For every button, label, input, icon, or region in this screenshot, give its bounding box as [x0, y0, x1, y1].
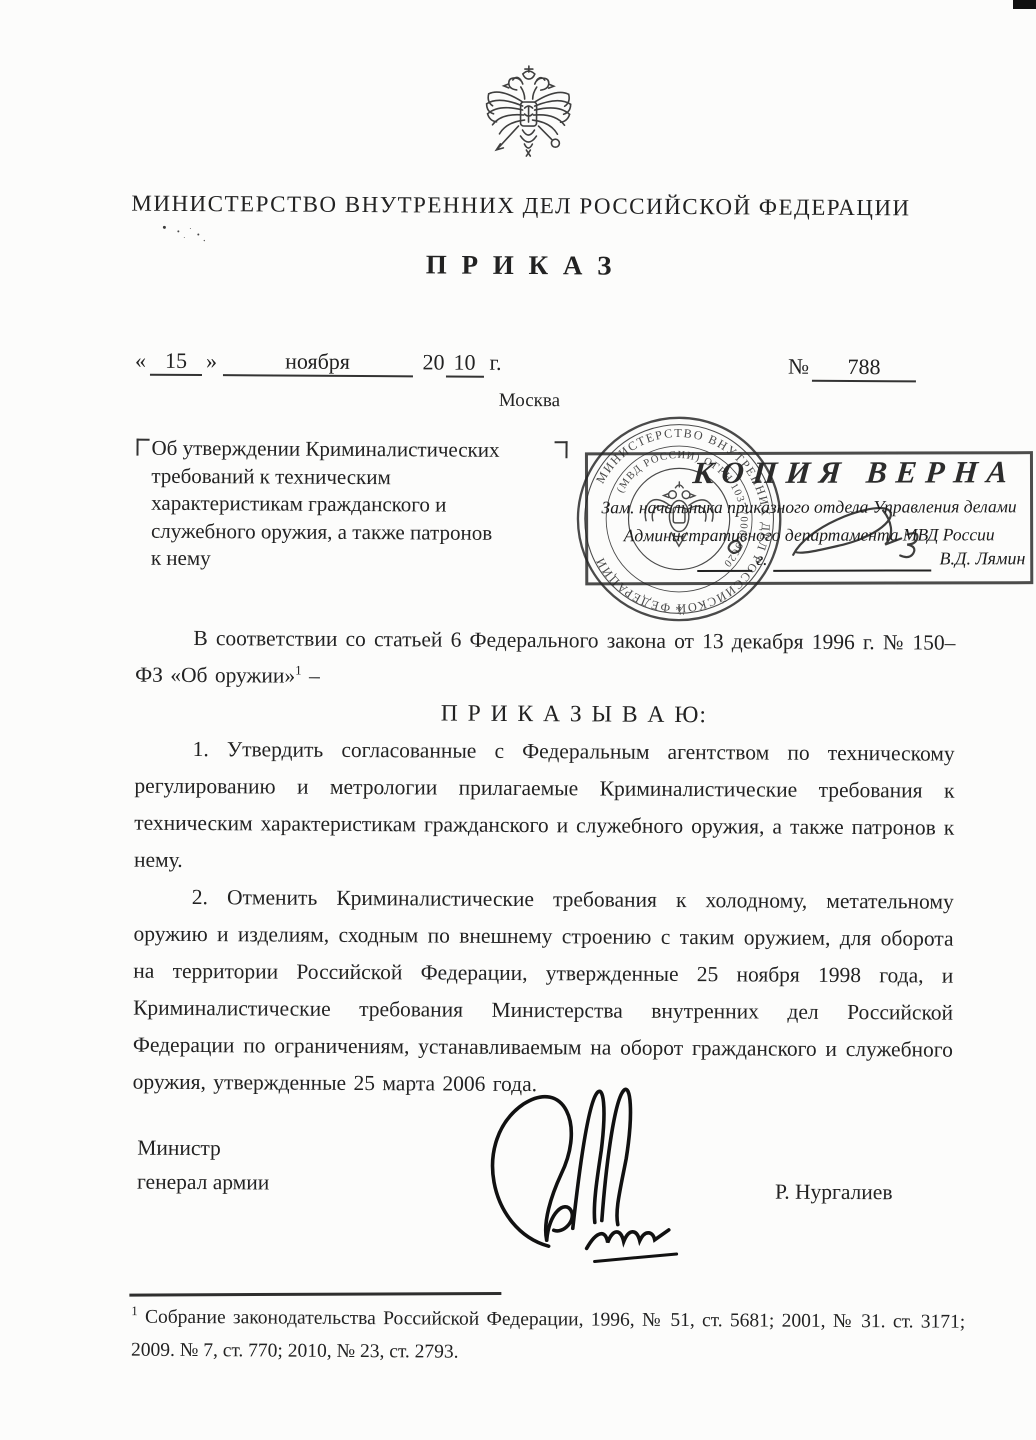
order-item-1: 1. Утвердить согласованные с Федеральным… [134, 731, 955, 884]
ink-speckle-mark [163, 226, 166, 229]
subject-line: служебного оружия, а также патронов [151, 517, 553, 547]
year-prefix: 20 [422, 349, 444, 374]
footnote-marker: 1 [131, 1303, 138, 1318]
signer-position: Министр [137, 1136, 221, 1162]
order-number: №788 [788, 354, 916, 383]
date-line: «15» ноября2010г. [135, 348, 502, 378]
subject-line: к нему [151, 545, 553, 575]
subject-line: Об утверждении Криминалистических [151, 435, 553, 465]
seal-outer-text-container: МИНИСТЕРСТВО ВНУТРЕННИХ ДЕЛ РОССИЙСКОЙ Ф… [571, 411, 786, 626]
intro-paragraph: В соответствии со статьей 6 Федерального… [135, 620, 955, 699]
quote-close: » [206, 348, 217, 373]
number-value: 788 [812, 354, 916, 383]
number-sign: № [788, 354, 809, 379]
footnote-text: Собрание законодательства Российской Фед… [131, 1307, 965, 1363]
document-content: МИНИСТЕРСТВО ВНУТРЕННИХ ДЕЛ РОССИЙСКОЙ Ф… [0, 0, 1036, 1440]
year-suffix: 10 [445, 350, 483, 378]
date-month: ноября [222, 348, 412, 377]
subject-line: требований к техническим [151, 462, 553, 492]
round-official-seal: МИНИСТЕРСТВО ВНУТРЕННИХ ДЕЛ РОССИЙСКОЙ Ф… [571, 411, 786, 626]
footnote-rule [129, 1292, 501, 1297]
quote-open: « [135, 348, 146, 373]
year-g: г. [489, 350, 501, 375]
seal-outer-text: МИНИСТЕРСТВО ВНУТРЕННИХ ДЕЛ РОССИЙСКОЙ Ф… [571, 411, 786, 626]
order-heading: П Р И К А З [3, 247, 1036, 284]
scanned-order-document: МИНИСТЕРСТВО ВНУТРЕННИХ ДЕЛ РОССИЙСКОЙ Ф… [0, 0, 1036, 1440]
seal-eagle-icon [645, 482, 713, 547]
signer-rank: генерал армии [137, 1170, 269, 1196]
footnote: 1 Собрание законодательства Российской Ф… [131, 1301, 965, 1372]
minister-signature [449, 1078, 730, 1270]
date-day: 15 [150, 348, 202, 376]
order-body: В соответствии со статьей 6 Федерального… [133, 620, 956, 1106]
order-item-2: 2. Отменить Криминалистические требовани… [133, 879, 954, 1106]
seal-star: * [675, 603, 681, 617]
ministry-title: МИНИСТЕРСТВО ВНУТРЕННИХ ДЕЛ РОССИЙСКОЙ Ф… [3, 190, 1036, 222]
intro-text: В соответствии со статьей 6 Федерального… [135, 626, 955, 688]
resolve-heading: П Р И К А З Ы В А Ю: [135, 694, 955, 736]
subject-bracket-right [554, 441, 567, 458]
subject-block: Об утверждении Криминалистических требов… [151, 435, 554, 575]
intro-dash: – [302, 664, 320, 688]
city-label: Москва [499, 390, 560, 412]
subject-line: характеристикам гражданского и [151, 490, 553, 520]
signer-name: Р. Нургалиев [775, 1180, 893, 1206]
subject-bracket-left [136, 439, 149, 456]
state-emblem-eagle-icon [476, 60, 581, 165]
